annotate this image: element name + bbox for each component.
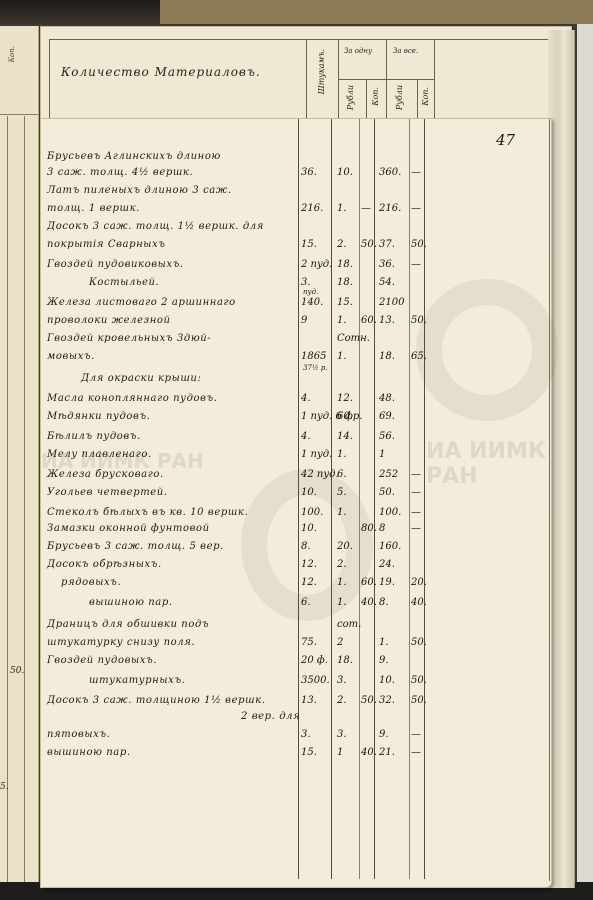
material-description: рядовыхъ. xyxy=(61,577,121,588)
ledger-page: ИА ИИМК РАН ИА ИИМК РАН 47 Брусьевъ Агли… xyxy=(40,118,552,888)
unit-price-rubles: 2. xyxy=(337,239,347,250)
ledger-row: 2 вер. для xyxy=(41,711,551,729)
ledger-row: покрытія Сварныхъ15.2.50.37.50. xyxy=(41,239,551,257)
page-stack-edge xyxy=(548,30,575,888)
unit-price-rubles: 15. xyxy=(337,297,353,308)
header-count-column: Штукамъ. xyxy=(317,49,326,94)
material-description: Мѣдянки пудовъ. xyxy=(47,411,150,422)
material-description: Досокъ 3 саж. толщ. 1½ вершк. для xyxy=(47,221,264,232)
unit-price-kopecks: 40. xyxy=(361,747,377,758)
header-column-rule xyxy=(306,39,307,119)
total-kopecks: 40. xyxy=(411,597,427,608)
material-description: Брусьевъ Аглинскихъ длиною xyxy=(47,151,221,162)
total-rubles: 56. xyxy=(379,431,395,442)
header-total-group: За все. xyxy=(393,47,418,55)
total-rubles: 8. xyxy=(379,597,389,608)
ledger-header: Количество Материаловъ. Штукамъ. За одну… xyxy=(40,26,572,120)
total-kopecks: — xyxy=(411,469,421,480)
ledger-row: Угольев четвертей.10.5.50.— xyxy=(41,487,551,505)
ledger-row: 3 саж. толщ. 4½ вершк.36.10.360.— xyxy=(41,167,551,185)
material-description: Досокъ обрѣзныхъ. xyxy=(47,559,162,570)
ledger-row: Досокъ 3 саж. толщ. 1½ вершк. для xyxy=(41,221,551,239)
unit-price-rubles: 5. xyxy=(337,487,347,498)
item-count: 3500. xyxy=(301,675,330,686)
total-kopecks: 50. xyxy=(411,315,427,326)
unit-price-rubles: 10. xyxy=(337,167,353,178)
header-group-divider xyxy=(338,79,434,80)
unit-price-kopecks: 60. xyxy=(361,315,377,326)
unit-price-rubles: сот. xyxy=(337,619,361,630)
item-count: 1 пуд. xyxy=(301,449,332,460)
ledger-row: Железа листоваго 2 аршиннаго140.15.2100п… xyxy=(41,297,551,315)
unit-price-kopecks: 60. xyxy=(361,577,377,588)
total-rubles: 18. xyxy=(379,351,395,362)
total-kopecks: — xyxy=(411,523,421,534)
unit-price-kopecks: 40. xyxy=(361,597,377,608)
total-kopecks: — xyxy=(411,507,421,518)
unit-price-rubles: 1. xyxy=(337,203,347,214)
ledger-row: рядовыхъ.12.1.60.19.20. xyxy=(41,577,551,595)
item-count: 4. xyxy=(301,393,311,404)
item-count: 1 пуд. 6 фр. xyxy=(301,411,362,422)
unit-price-rubles: 3. xyxy=(337,729,347,740)
ledger-row: Масла конопляннаго пудовъ.4.12.48. xyxy=(41,393,551,411)
total-rubles: 160. xyxy=(379,541,401,552)
material-description: Брусьевъ 3 саж. толщ. 5 вер. xyxy=(47,541,224,552)
item-count: 12. xyxy=(301,577,317,588)
unit-price-rubles: 1. xyxy=(337,351,347,362)
unit-price-rubles: 14. xyxy=(337,431,353,442)
unit-price-rubles: 3. xyxy=(337,675,347,686)
unit-price-rubles: 1. xyxy=(337,315,347,326)
unit-price-rubles: 1 xyxy=(337,747,343,758)
material-description: вышиною пар. xyxy=(47,747,131,758)
ledger-row: Драницъ для обшивки подъсот. xyxy=(41,619,551,637)
unit-price-rubles: 6. xyxy=(337,469,347,480)
scan-top-border xyxy=(0,0,593,24)
unit-price-kopecks: 80. xyxy=(361,523,377,534)
material-description: Латъ пиленыхъ длиною 3 саж. xyxy=(47,185,232,196)
total-rubles: 36. xyxy=(379,259,395,270)
unit-price-rubles: 2 xyxy=(337,637,343,648)
ledger-row: Досокъ обрѣзныхъ.12.2.24. xyxy=(41,559,551,577)
ledger-row: штукатурныхъ.3500.3.10.50. xyxy=(41,675,551,693)
item-count: 1865 xyxy=(301,351,326,362)
item-count: 15. xyxy=(301,747,317,758)
header-subcolumn-rule xyxy=(366,79,367,119)
total-kopecks: 50. xyxy=(411,695,427,706)
unit-price-kopecks: 50. xyxy=(361,695,377,706)
material-description: штукатурныхъ. xyxy=(89,675,185,686)
total-rubles: 13. xyxy=(379,315,395,326)
ledger-row: Мѣдянки пудовъ.1 пуд. 6 фр.60.69. xyxy=(41,411,551,429)
header-per-unit-kopecks: Коп. xyxy=(371,87,380,106)
count-unit-note: пуд. xyxy=(303,288,318,296)
total-kopecks: 50. xyxy=(411,239,427,250)
ledger-row: пятовыхъ.3.3.9.— xyxy=(41,729,551,747)
unit-price-rubles: 18. xyxy=(337,655,353,666)
total-rubles: 69. xyxy=(379,411,395,422)
total-rubles: 32. xyxy=(379,695,395,706)
unit-price-rubles: 1. xyxy=(337,449,347,460)
unit-price-rubles: 18. xyxy=(337,277,353,288)
ledger-row: Латъ пиленыхъ длиною 3 саж. xyxy=(41,185,551,203)
header-per-unit-rubles: Рубли xyxy=(346,85,355,110)
ledger-row: Бѣлилъ пудовъ.4.14.56. xyxy=(41,431,551,449)
total-rubles: 100. xyxy=(379,507,401,518)
material-description: Гвоздей пудовиковыхъ. xyxy=(47,259,184,270)
total-rubles: 1 xyxy=(379,449,385,460)
material-description: 3 саж. толщ. 4½ вершк. xyxy=(47,167,193,178)
total-rubles: 48. xyxy=(379,393,395,404)
ledger-row: Замазки оконной фунтовой10.80.8— xyxy=(41,523,551,541)
material-description: покрытія Сварныхъ xyxy=(47,239,166,250)
material-description: 2 вер. для xyxy=(241,711,300,722)
material-description: пятовыхъ. xyxy=(47,729,110,740)
header-title: Количество Материаловъ. xyxy=(61,65,261,79)
total-kopecks: 65. xyxy=(411,351,427,362)
item-count: 75. xyxy=(301,637,317,648)
item-count: 216. xyxy=(301,203,323,214)
item-count: 100. xyxy=(301,507,323,518)
material-description: Для окраски крыши: xyxy=(81,373,201,384)
unit-price-rubles: 1. xyxy=(337,577,347,588)
header-frame xyxy=(49,39,551,120)
item-count: 3. xyxy=(301,277,311,288)
item-count: 140. xyxy=(301,297,323,308)
total-rubles: 10. xyxy=(379,675,395,686)
unit-price-rubles: 2. xyxy=(337,559,347,570)
total-kopecks: 50. xyxy=(411,637,427,648)
material-description: Железа листоваго 2 аршиннаго xyxy=(47,297,236,308)
material-description: Мелу плавленаго. xyxy=(47,449,152,460)
ledger-row: Мелу плавленаго.1 пуд.1.1 xyxy=(41,449,551,467)
material-description: Бѣлилъ пудовъ. xyxy=(47,431,141,442)
total-rubles: 2100 xyxy=(379,297,404,308)
ledger-row: Гвоздей пудовиковыхъ.2 пуд.18.36.— xyxy=(41,259,551,277)
total-rubles: 1. xyxy=(379,637,389,648)
header-total-rubles: Рубли xyxy=(395,85,404,110)
material-description: Драницъ для обшивки подъ xyxy=(47,619,209,630)
total-rubles: 54. xyxy=(379,277,395,288)
scan-top-background xyxy=(160,0,593,24)
total-rubles: 216. xyxy=(379,203,401,214)
unit-price-rubles: 20. xyxy=(337,541,353,552)
item-count: 9 xyxy=(301,315,307,326)
unit-price-rubles: 18. xyxy=(337,259,353,270)
total-rubles: 19. xyxy=(379,577,395,588)
material-description: Стеколъ бѣлыхъ въ кв. 10 вершк. xyxy=(47,507,248,518)
item-count: 8. xyxy=(301,541,311,552)
material-description: мовыхъ. xyxy=(47,351,95,362)
unit-price-rubles: Сотн. xyxy=(337,333,370,344)
scan-right-border xyxy=(577,24,593,884)
unit-price-rubles: 12. xyxy=(337,393,353,404)
total-kopecks: — xyxy=(411,203,421,214)
ledger-row: Железа брусковаго.42 пуд.6.252— xyxy=(41,469,551,487)
count-unit-note: 37½ р. xyxy=(303,364,328,372)
previous-page-header: Коп. xyxy=(0,26,38,115)
ledger-row: проволоки железной91.60.13.50. xyxy=(41,315,551,333)
previous-page-strip: Коп. 50. 5. xyxy=(0,26,39,882)
total-kopecks: 20. xyxy=(411,577,427,588)
item-count: 2 пуд. xyxy=(301,259,332,270)
column-rule xyxy=(7,116,8,882)
ledger-row: вышиною пар.15.140.21.— xyxy=(41,747,551,765)
total-rubles: 9. xyxy=(379,655,389,666)
item-count: 13. xyxy=(301,695,317,706)
material-description: Досокъ 3 саж. толщиною 1½ вершк. xyxy=(47,695,266,706)
item-count: 10. xyxy=(301,523,317,534)
material-description: толщ. 1 вершк. xyxy=(47,203,140,214)
total-kopecks: 50. xyxy=(411,675,427,686)
header-subcolumn-rule xyxy=(417,79,418,119)
item-count: 36. xyxy=(301,167,317,178)
material-description: штукатурку снизу поля. xyxy=(47,637,195,648)
unit-price-rubles: 2. xyxy=(337,695,347,706)
total-rubles: 50. xyxy=(379,487,395,498)
ledger-row: штукатурку снизу поля.75.21.50. xyxy=(41,637,551,655)
page-number: 47 xyxy=(496,131,515,149)
total-rubles: 360. xyxy=(379,167,401,178)
unit-price-rubles: 1. xyxy=(337,507,347,518)
material-description: Железа брусковаго. xyxy=(47,469,164,480)
material-description: Гвоздей пудовыхъ. xyxy=(47,655,157,666)
ledger-row: Костыльей.3.18.54. xyxy=(41,277,551,295)
item-count: 6. xyxy=(301,597,311,608)
total-kopecks: — xyxy=(411,487,421,498)
total-rubles: 9. xyxy=(379,729,389,740)
item-count: 4. xyxy=(301,431,311,442)
material-description: Угольев четвертей. xyxy=(47,487,168,498)
unit-price-rubles: 60. xyxy=(337,411,353,422)
unit-price-kopecks: 50. xyxy=(361,239,377,250)
column-rule xyxy=(24,116,25,882)
material-description: Костыльей. xyxy=(89,277,159,288)
ledger-row: толщ. 1 вершк.216.1.—216.— xyxy=(41,203,551,221)
ledger-row: Гвоздей кровельныхъ 3дюй-Сотн. xyxy=(41,333,551,351)
material-description: проволоки железной xyxy=(47,315,171,326)
ledger-row: Для окраски крыши: xyxy=(41,373,551,391)
ledger-row: вышиною пар.6.1.40.8.40. xyxy=(41,597,551,615)
item-count: 3. xyxy=(301,729,311,740)
material-description: Масла конопляннаго пудовъ. xyxy=(47,393,218,404)
item-count: 15. xyxy=(301,239,317,250)
material-description: Замазки оконной фунтовой xyxy=(47,523,210,534)
margin-value: 50. xyxy=(10,666,24,676)
item-count: 10. xyxy=(301,487,317,498)
unit-price-rubles: 1. xyxy=(337,597,347,608)
total-rubles: 21. xyxy=(379,747,395,758)
header-per-unit-group: За одну xyxy=(344,47,372,55)
item-count: 12. xyxy=(301,559,317,570)
total-rubles: 24. xyxy=(379,559,395,570)
previous-page-header-text: Коп. xyxy=(8,46,16,62)
ledger-row: Брусьевъ 3 саж. толщ. 5 вер.8.20.160. xyxy=(41,541,551,559)
total-kopecks: — xyxy=(411,747,421,758)
total-rubles: 8 xyxy=(379,523,385,534)
total-rubles: 37. xyxy=(379,239,395,250)
unit-price-kopecks: — xyxy=(361,203,371,214)
item-count: 20 ф. xyxy=(301,655,328,666)
header-total-kopecks: Коп. xyxy=(421,87,430,106)
total-kopecks: — xyxy=(411,167,421,178)
total-kopecks: — xyxy=(411,259,421,270)
total-kopecks: — xyxy=(411,729,421,740)
total-rubles: 252 xyxy=(379,469,398,480)
item-count: 42 пуд. xyxy=(301,469,339,480)
material-description: Гвоздей кровельныхъ 3дюй- xyxy=(47,333,211,344)
header-column-rule xyxy=(434,39,435,119)
material-description: вышиною пар. xyxy=(89,597,173,608)
ledger-row: Гвоздей пудовыхъ.20 ф.18.9. xyxy=(41,655,551,673)
ledger-row: мовыхъ.18651.18.65.37½ р. xyxy=(41,351,551,369)
margin-value: 5. xyxy=(0,782,9,792)
